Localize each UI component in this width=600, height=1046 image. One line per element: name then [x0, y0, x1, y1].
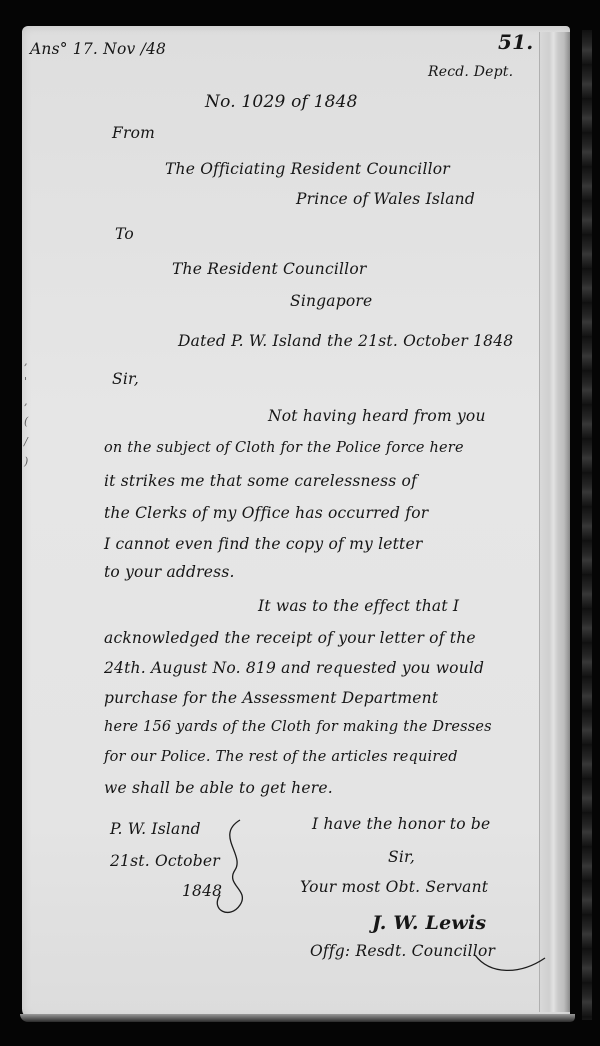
sender-title: The Officiating Resident Councillor [165, 160, 450, 178]
body-line: here 156 yards of the Cloth for making t… [104, 719, 492, 735]
salutation: Sir, [112, 370, 139, 388]
body-line: 24th. August No. 819 and requested you w… [104, 659, 484, 677]
place-date-date: 21st. October [110, 852, 220, 870]
body-line: it strikes me that some carelessness of [104, 472, 417, 490]
body-line: acknowledged the receipt of your letter … [104, 629, 476, 647]
body-line: for our Police. The rest of the articles… [104, 749, 458, 765]
department-note: Recd. Dept. [428, 64, 513, 80]
signature-name: J. W. Lewis [372, 912, 486, 934]
book-binding [582, 30, 592, 1020]
closing-line-2: Sir, [388, 848, 415, 866]
from-label: From [112, 124, 155, 142]
sender-place: Prince of Wales Island [296, 190, 475, 208]
body-line: we shall be able to get here. [104, 779, 333, 797]
body-line: I cannot even find the copy of my letter [104, 535, 422, 553]
signature-flourish-icon [470, 950, 550, 980]
body-line: the Clerks of my Office has occurred for [104, 504, 428, 522]
signature-title: Offg: Resdt. Councillor [310, 942, 495, 960]
to-label: To [115, 225, 134, 243]
body-line: Not having heard from you [268, 407, 486, 425]
document-scan: ,',(/) Ans° 17. Nov /48 51. Recd. Dept. … [0, 0, 600, 1046]
body-line: It was to the effect that I [258, 597, 459, 615]
margin-bleedthrough-marks: ,',(/) [24, 352, 34, 492]
bracket-flourish-icon [205, 815, 265, 925]
body-line: to your address. [104, 563, 235, 581]
page-bottom-edge [20, 1014, 575, 1022]
folio-number: 51. [498, 30, 533, 54]
body-line: purchase for the Assessment Department [104, 689, 438, 707]
page-edge [539, 32, 570, 1012]
reference-number: No. 1029 of 1848 [205, 92, 358, 112]
body-line: on the subject of Cloth for the Police f… [104, 440, 464, 456]
closing-line-3: Your most Obt. Servant [300, 878, 488, 896]
recipient-title: The Resident Councillor [172, 260, 366, 278]
place-date-place: P. W. Island [110, 820, 201, 838]
dateline: Dated P. W. Island the 21st. October 184… [178, 332, 513, 350]
closing-line-1: I have the honor to be [312, 815, 490, 833]
received-note: Ans° 17. Nov /48 [30, 40, 166, 58]
recipient-place: Singapore [290, 292, 372, 310]
